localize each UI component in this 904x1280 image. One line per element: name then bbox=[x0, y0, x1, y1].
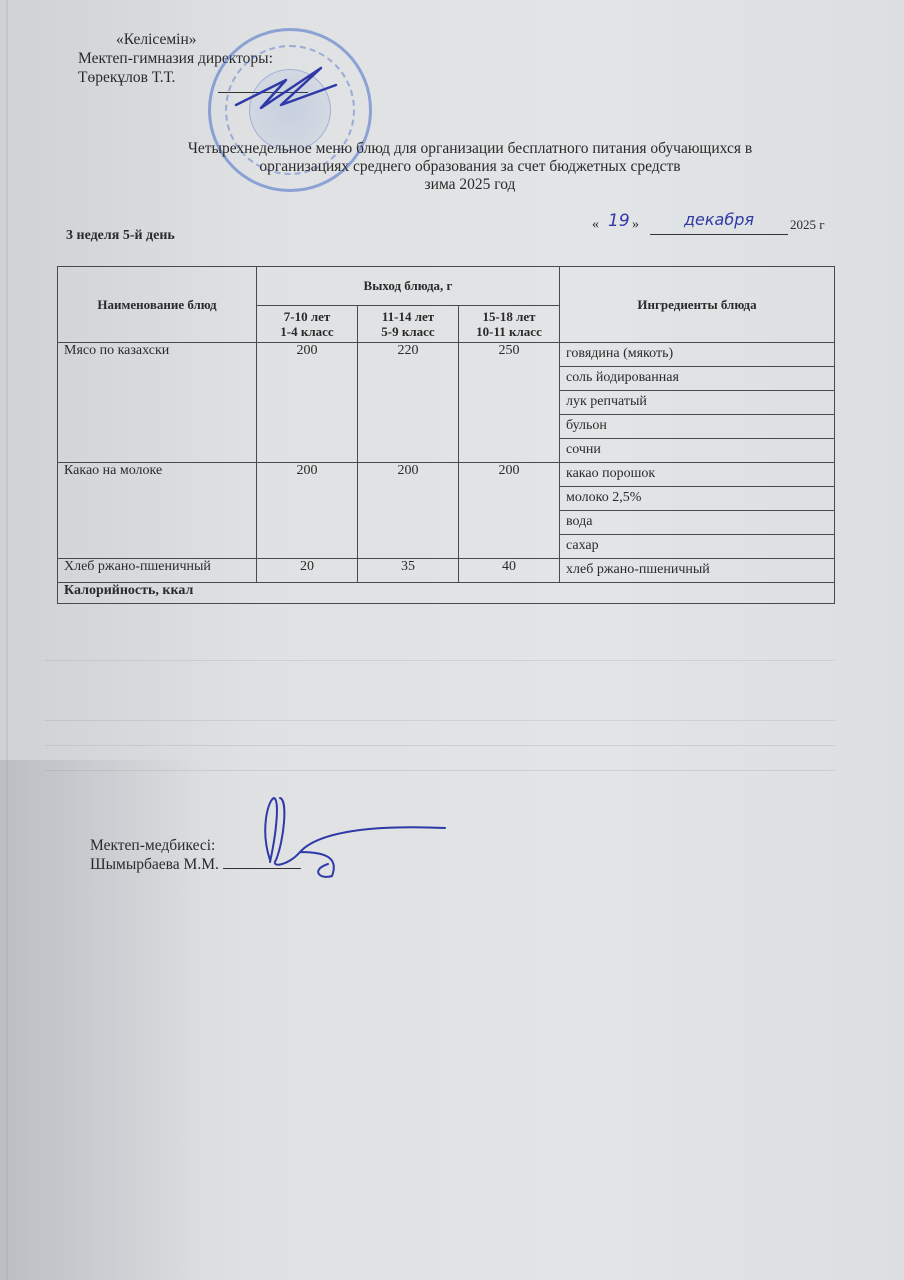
ingredient: хлеб ржано-пшеничный bbox=[560, 559, 835, 583]
ingredient: лук репчатый bbox=[560, 391, 835, 415]
dish-yield: 35 bbox=[358, 559, 459, 583]
age-label: 15-18 лет bbox=[465, 309, 553, 324]
table-row: Какао на молоке200200200какао порошок bbox=[58, 463, 835, 487]
week-day-label: 3 неделя 5-й день bbox=[66, 228, 175, 244]
dish-yield: 200 bbox=[257, 343, 358, 463]
menu-table: Наименование блюд Выход блюда, г Ингреди… bbox=[57, 266, 835, 604]
dish-name: Какао на молоке bbox=[58, 463, 257, 559]
date-year: 2025 г bbox=[790, 217, 825, 233]
header-ingredients: Ингредиенты блюда bbox=[560, 267, 835, 343]
date-field: « 19 » декабря 2025 г bbox=[592, 213, 842, 237]
grade-label: 5-9 класс bbox=[364, 324, 452, 339]
ingredient: сахар bbox=[560, 535, 835, 559]
director-signature-icon bbox=[226, 60, 346, 120]
nurse-name: Шымырбаева М.М. bbox=[90, 856, 219, 873]
ingredient: соль йодированная bbox=[560, 367, 835, 391]
header-age-group: 7-10 лет1-4 класс bbox=[257, 306, 358, 343]
grade-label: 1-4 класс bbox=[263, 324, 351, 339]
header-age-group: 15-18 лет10-11 класс bbox=[459, 306, 560, 343]
date-day: 19 bbox=[608, 211, 630, 231]
dish-yield: 250 bbox=[459, 343, 560, 463]
title-line-2: организациях среднего образования за сче… bbox=[100, 158, 840, 176]
age-label: 7-10 лет bbox=[263, 309, 351, 324]
nurse-signature-icon bbox=[240, 790, 450, 880]
dish-yield: 220 bbox=[358, 343, 459, 463]
dish-yield: 200 bbox=[459, 463, 560, 559]
header-row: Наименование блюд Выход блюда, г Ингреди… bbox=[58, 267, 835, 306]
ingredient: какао порошок bbox=[560, 463, 835, 487]
menu-body: Мясо по казахски200220250говядина (мякот… bbox=[58, 343, 835, 583]
paper-edge bbox=[6, 0, 8, 1280]
ingredient: бульон bbox=[560, 415, 835, 439]
grade-label: 10-11 класс bbox=[465, 324, 553, 339]
dish-yield: 40 bbox=[459, 559, 560, 583]
dish-name: Мясо по казахски bbox=[58, 343, 257, 463]
header-yield: Выход блюда, г bbox=[257, 267, 560, 306]
header-dish-name: Наименование блюд bbox=[58, 267, 257, 343]
title-line-3: зима 2025 год bbox=[100, 176, 840, 194]
ingredient: молоко 2,5% bbox=[560, 487, 835, 511]
dish-yield: 200 bbox=[257, 463, 358, 559]
header-age-group: 11-14 лет5-9 класс bbox=[358, 306, 459, 343]
title-line-1: Четырехнедельное меню блюд для организац… bbox=[100, 140, 840, 158]
bleed-through-line bbox=[45, 745, 835, 746]
date-close-quote: » bbox=[632, 217, 639, 233]
bleed-through-line bbox=[45, 720, 835, 721]
calories-row: Калорийность, ккал bbox=[58, 583, 835, 604]
dish-name: Хлеб ржано-пшеничный bbox=[58, 559, 257, 583]
age-label: 11-14 лет bbox=[364, 309, 452, 324]
ingredient: сочни bbox=[560, 439, 835, 463]
ingredient: вода bbox=[560, 511, 835, 535]
ingredient: говядина (мякоть) bbox=[560, 343, 835, 367]
document-title: Четырехнедельное меню блюд для организац… bbox=[100, 140, 840, 194]
calories-label: Калорийность, ккал bbox=[58, 583, 835, 604]
table-row: Мясо по казахски200220250говядина (мякот… bbox=[58, 343, 835, 367]
bleed-through-line bbox=[45, 660, 835, 661]
date-open-quote: « bbox=[592, 217, 599, 233]
date-month: декабря bbox=[650, 210, 788, 235]
dish-yield: 200 bbox=[358, 463, 459, 559]
bleed-through-line bbox=[45, 770, 835, 771]
table-row: Хлеб ржано-пшеничный203540хлеб ржано-пше… bbox=[58, 559, 835, 583]
dish-yield: 20 bbox=[257, 559, 358, 583]
